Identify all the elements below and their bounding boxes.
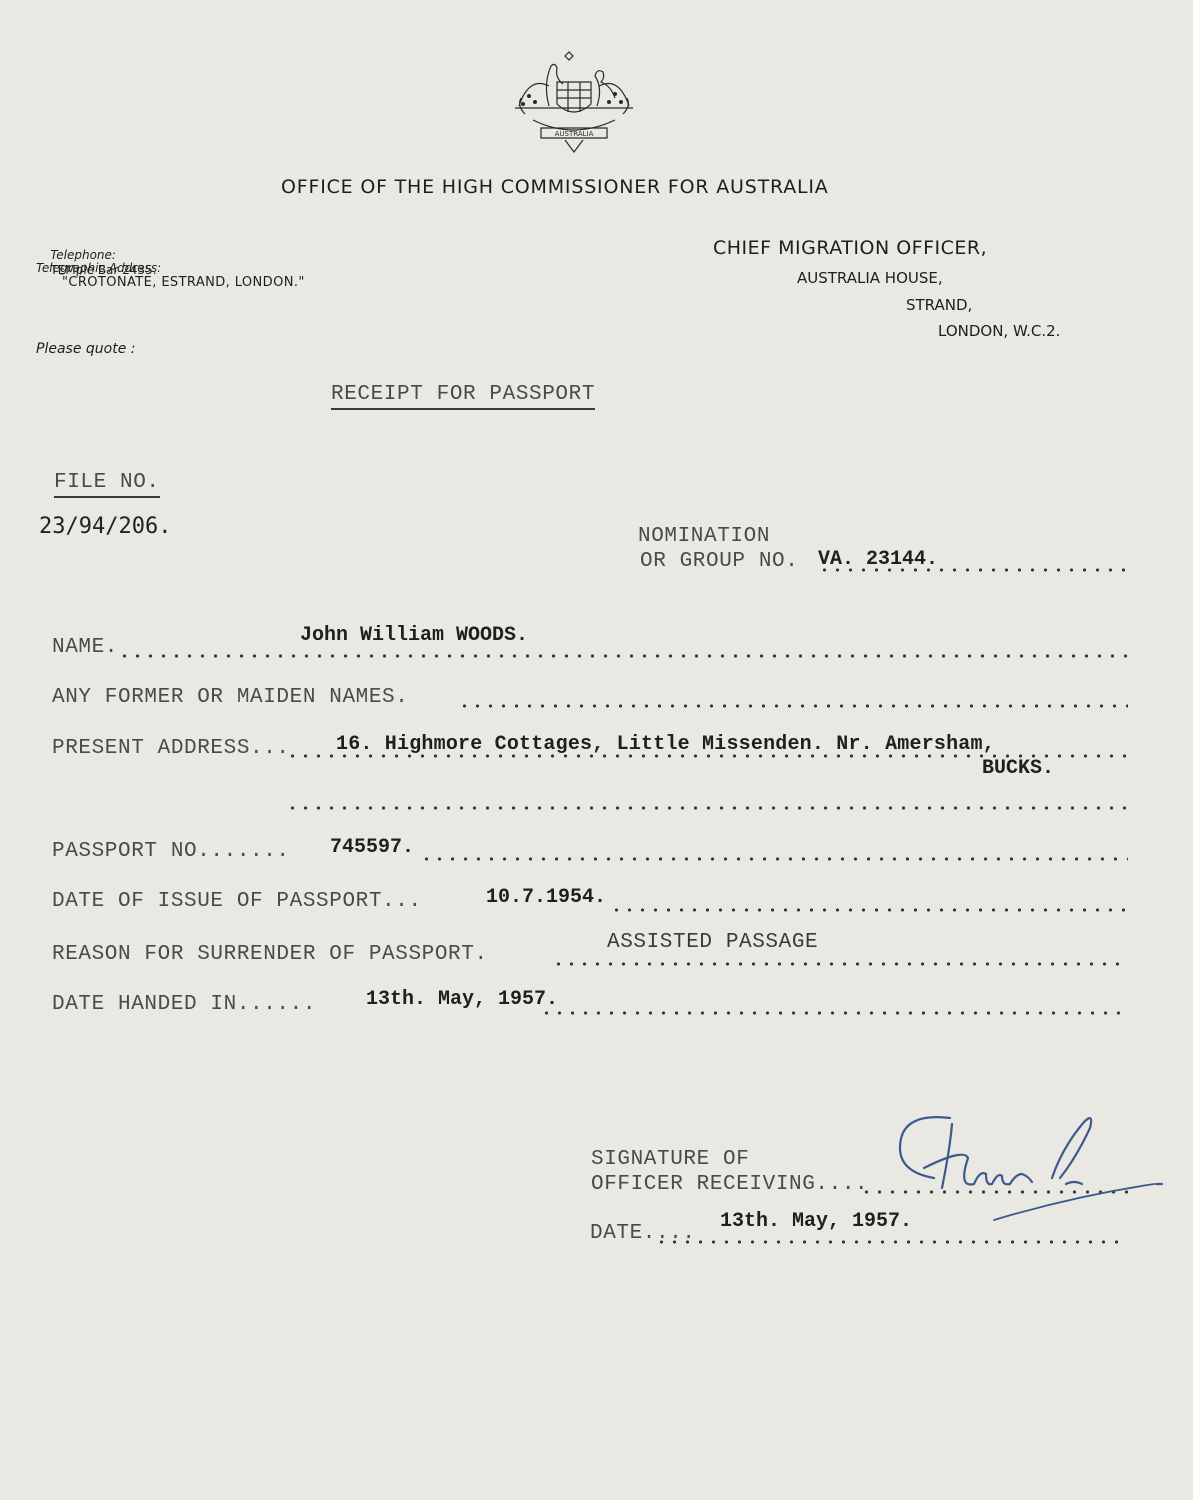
signature-date-value: 13th. May, 1957. [720, 1210, 912, 1233]
addressee-line-1: CHIEF MIGRATION OFFICER, [713, 237, 987, 259]
dotted-line [540, 1011, 1128, 1015]
nomination-label: NOMINATION [638, 525, 770, 548]
dotted-line [610, 908, 1128, 912]
former-names-label: ANY FORMER OR MAIDEN NAMES. [52, 686, 408, 709]
date-handed-in-value: 13th. May, 1957. [366, 988, 558, 1011]
telegraphic-label: Telegraphic Address: [36, 261, 161, 275]
officer-receiving-label: OFFICER RECEIVING.... [591, 1173, 868, 1196]
dotted-line [286, 754, 1128, 758]
reason-value: ASSISTED PASSAGE [607, 931, 818, 954]
present-address-county: BUCKS. [982, 757, 1054, 780]
svg-text:AUSTRALIA: AUSTRALIA [555, 130, 594, 138]
dotted-line [420, 857, 1128, 861]
addressee-line-4: LONDON, W.C.2. [938, 322, 1060, 340]
present-address-value: 16. Highmore Cottages, Little Missenden.… [336, 733, 995, 756]
name-value: John William WOODS. [300, 624, 528, 647]
office-title: OFFICE OF THE HIGH COMMISSIONER FOR AUST… [281, 176, 829, 198]
coat-of-arms-icon: AUSTRALIA [505, 50, 643, 158]
dotted-line [655, 1240, 1128, 1244]
passport-no-value: 745597. [330, 836, 414, 859]
form-title: RECEIPT FOR PASSPORT [331, 383, 595, 410]
telephone-label: Telephone: [50, 248, 116, 262]
officer-signature [890, 1108, 1170, 1223]
addressee-line-3: STRAND, [906, 296, 972, 314]
passport-no-label: PASSPORT NO....... [52, 840, 290, 863]
file-no-label: FILE NO. [54, 471, 160, 498]
signature-label: SIGNATURE OF [591, 1148, 749, 1171]
dotted-line [818, 568, 1128, 572]
date-of-issue-label: DATE OF ISSUE OF PASSPORT... [52, 890, 422, 913]
date-handed-in-label: DATE HANDED IN...... [52, 993, 316, 1016]
please-quote-label: Please quote : [36, 341, 135, 357]
addressee-line-2: AUSTRALIA HOUSE, [797, 269, 943, 287]
date-of-issue-value: 10.7.1954. [486, 886, 606, 909]
dotted-line [552, 962, 1128, 966]
file-no-value: 23/94/206. [39, 514, 171, 539]
reason-label: REASON FOR SURRENDER OF PASSPORT. [52, 943, 488, 966]
dotted-line [286, 806, 1128, 810]
telegraphic-value: "CROTONATE, ESTRAND, LONDON." [62, 275, 305, 290]
dotted-line [458, 704, 1128, 708]
group-no-label: OR GROUP NO. [640, 550, 798, 573]
present-address-label: PRESENT ADDRESS... [52, 737, 290, 760]
name-label: NAME. [52, 636, 118, 659]
dotted-line [118, 654, 1128, 658]
